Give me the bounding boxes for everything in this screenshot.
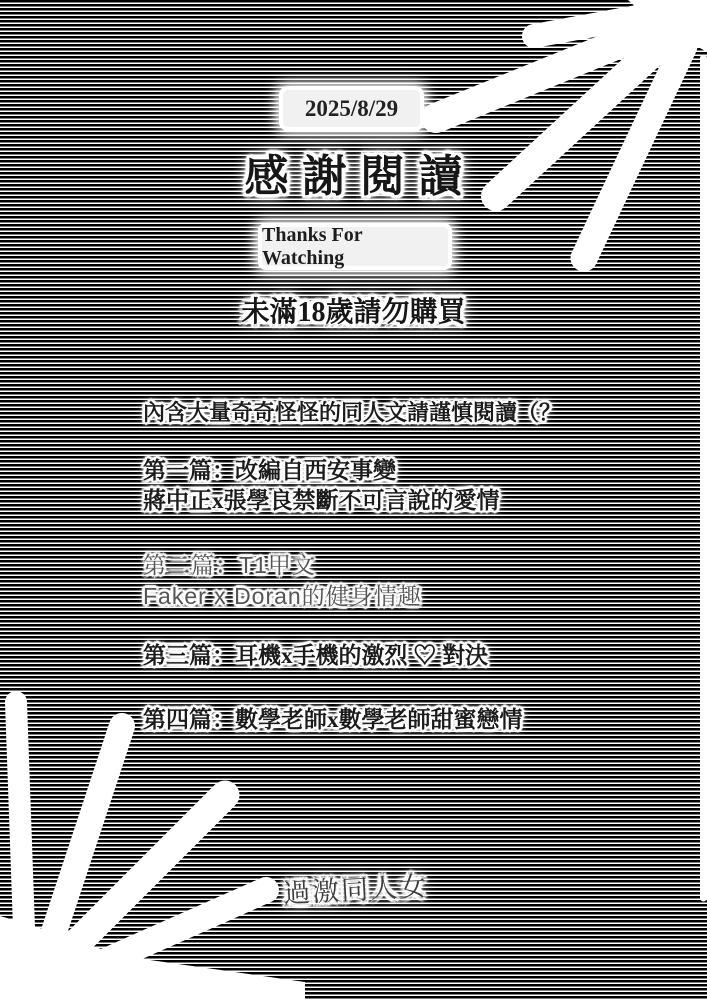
content-notice: 內含大量奇奇怪怪的同人文請謹慎閱讀（？ bbox=[143, 396, 561, 427]
story-1-pairing: 蔣中正x張學良禁斷不可言說的愛情 bbox=[143, 486, 500, 516]
subtitle-text: Thanks For Watching bbox=[262, 224, 448, 270]
subtitle-badge: Thanks For Watching bbox=[262, 227, 448, 266]
story-section-4: 第四篇：數學老師x數學老師甜蜜戀情 bbox=[143, 705, 523, 735]
story-3-title: 第三篇：耳機x手機的激烈 ♡ 對決 bbox=[143, 641, 488, 671]
author-signature: 過激同人女 bbox=[282, 864, 429, 911]
date-badge: 2025/8/29 bbox=[283, 90, 420, 127]
story-section-1: 第一篇：改編自西安事變 蔣中正x張學良禁斷不可言說的愛情 bbox=[143, 456, 500, 516]
story-2-pairing: Faker x Doran的健身情趣 bbox=[143, 581, 422, 612]
date-text: 2025/8/29 bbox=[305, 96, 398, 122]
story-1-title: 第一篇：改編自西安事變 bbox=[143, 456, 500, 486]
story-section-3: 第三篇：耳機x手機的激烈 ♡ 對決 bbox=[143, 641, 488, 671]
story-2-title: 第二篇：T1甲文 bbox=[143, 550, 422, 581]
age-warning: 未滿18歲請勿購買 bbox=[0, 290, 707, 330]
zine-back-page: 2025/8/29 感謝閱讀 Thanks For Watching 未滿18歲… bbox=[0, 0, 707, 999]
page-title: 感謝閱讀 bbox=[0, 140, 707, 204]
page-content: 2025/8/29 感謝閱讀 Thanks For Watching 未滿18歲… bbox=[0, 0, 707, 999]
story-4-title: 第四篇：數學老師x數學老師甜蜜戀情 bbox=[143, 705, 523, 735]
story-section-2: 第二篇：T1甲文 Faker x Doran的健身情趣 bbox=[143, 550, 422, 612]
